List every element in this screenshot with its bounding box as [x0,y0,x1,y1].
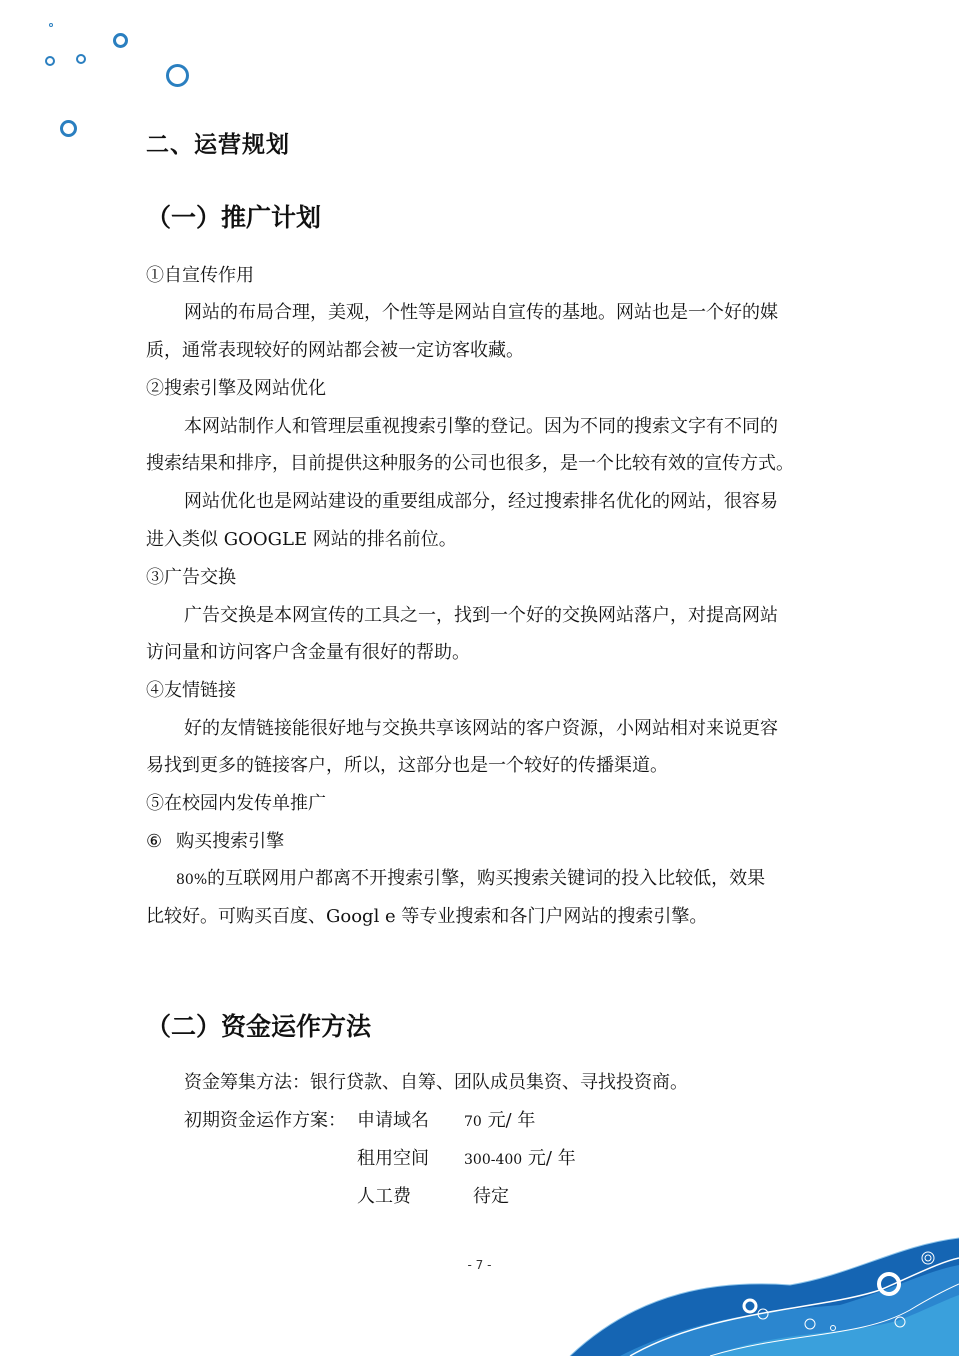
paragraph-line: 搜索结果和排序，目前提供这种服务的公司也很多，是一个比较有效的宣传方式。 [146,452,794,476]
subsection-title-promotion: （一）推广计划 [146,198,321,234]
wave-decoration-icon [560,1220,959,1356]
bubble-icon [60,120,77,137]
cost-amount: 70 [464,1114,482,1130]
subsection-title-funding: （二）资金运作方法 [146,1007,371,1043]
percent-value: 80% [176,872,207,888]
item-heading-ad-exchange: ③广告交换 [146,566,236,590]
item-heading-campus-flyers: ⑤在校园内发传单推广 [146,792,326,816]
paragraph-line: 质，通常表现较好的网站都会被一定访客收藏。 [146,339,524,363]
bubble-icon [49,23,53,27]
funding-method: 资金筹集方法：银行贷款、自筹、团队成员集资、寻找投资商。 [184,1071,688,1095]
initial-plan-label: 初期资金运作方案： [184,1109,346,1133]
paragraph-text: 的互联网用户都离不开搜索引擎，购买搜索关键词的投入比较低，效果 [207,868,765,889]
paragraph-line: 易找到更多的链接客户，所以，这部分也是一个较好的传播渠道。 [146,754,668,778]
paragraph-line: 访问量和访问客户含金量有很好的帮助。 [146,641,470,665]
section-title: 二、运营规划 [146,126,290,159]
cost-value: 70 元/ 年 [464,1109,535,1134]
bubble-icon [76,54,86,64]
paragraph-line: 80%的互联网用户都离不开搜索引擎，购买搜索关键词的投入比较低，效果 [176,867,765,892]
cost-unit: 元/ 年 [488,1110,536,1131]
cost-item: 租用空间 [357,1147,429,1171]
cost-value: 待定 [473,1185,509,1209]
item-heading-friend-links: ④友情链接 [146,679,236,703]
bubble-icon [45,56,55,66]
paragraph-line: 进入类似 GOOGLE 网站的排名前位。 [146,528,457,552]
paragraph-line: 网站优化也是网站建设的重要组成部分，经过搜索排名优化的网站，很容易 [184,490,778,514]
item-number: ⑥ [146,831,162,852]
paragraph-line: 好的友情链接能很好地与交换共享该网站的客户资源，小网站相对来说更容 [184,717,778,741]
bubble-icon [113,33,128,48]
item-heading-self-promotion: ①自宣传作用 [146,264,254,288]
cost-item: 申请域名 [357,1109,429,1133]
paragraph-line: 网站的布局合理，美观，个性等是网站自宣传的基地。网站也是一个好的媒 [184,301,778,325]
item-heading-label: 购买搜索引擎 [176,831,284,852]
item-heading-seo: ②搜索引擎及网站优化 [146,377,326,401]
cost-item: 人工费 [357,1185,411,1209]
paragraph-line: 本网站制作人和管理层重视搜索引擎的登记。因为不同的搜索文字有不同的 [184,415,778,439]
paragraph-line: 比较好。可购买百度、Googl e 等专业搜索和各门户网站的搜索引擎。 [146,905,707,929]
item-heading-buy-search: ⑥购买搜索引擎 [146,830,284,854]
cost-amount: 300-400 [464,1152,522,1168]
paragraph-line: 广告交换是本网宣传的工具之一，找到一个好的交换网站落户，对提高网站 [184,604,778,628]
cost-unit: 元/ 年 [528,1148,576,1169]
cost-value: 300-400 元/ 年 [464,1147,576,1172]
bubble-icon [166,64,189,87]
